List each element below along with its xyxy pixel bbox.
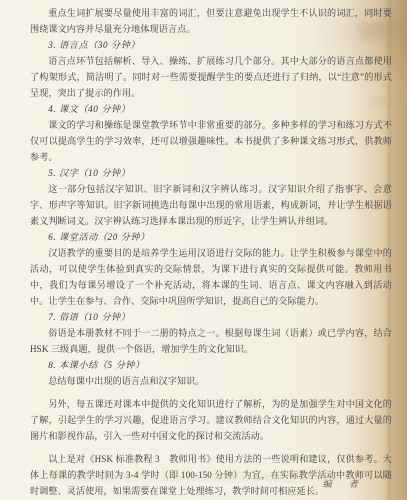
- scanned-book-page: 重点生词扩展要尽量使用丰富的词汇，但要注意避免出现学生不认识的词汇，同时要围绕课…: [0, 0, 407, 500]
- section-heading: 5. 汉字（10 分钟）: [30, 165, 392, 181]
- section-heading: 3. 语言点（30 分钟）: [30, 37, 392, 53]
- author-signature: 编 者: [322, 476, 362, 490]
- paragraph: 总结每课中出现的语言点和汉字知识。: [30, 373, 392, 389]
- paragraph: 课文的学习和操练是课堂教学环节中非常重要的部分。多种多样的学习和练习方式不仅可以…: [30, 117, 392, 165]
- section-heading: 4. 课文（40 分钟）: [30, 101, 392, 117]
- paragraph: 这一部分包括汉字知识、旧字新词和汉字辨认练习。汉字知识介绍了指事字、会意字、形声…: [30, 181, 392, 229]
- paragraph: 汉语教学的重要目的是培养学生运用汉语进行交际的能力。让学生积极参与课堂中的活动，…: [30, 245, 392, 309]
- section-heading: 7. 俗语（10 分钟）: [30, 309, 392, 325]
- section-heading: 8. 本课小结（5 分钟）: [30, 357, 392, 373]
- paragraph: 重点生词扩展要尽量使用丰富的词汇，但要注意避免出现学生不认识的词汇，同时要围绕课…: [30, 5, 392, 37]
- paragraph: 语言点环节包括解析、导入、操练、扩展练习几个部分。其中大部分的语言点都使用了构架…: [30, 53, 392, 101]
- section-heading: 6. 课堂活动（20 分钟）: [30, 229, 392, 245]
- paragraph: 以上是对《HSK 标准教程 3 教师用书》使用方法的一些说明和建议，仅供参考。大…: [30, 451, 392, 499]
- paragraph: 另外，每五课还对课本中提供的文化知识进行了解析，为的是加强学生对中国文化的了解，…: [30, 396, 392, 444]
- page-content: 重点生词扩展要尽量使用丰富的词汇，但要注意避免出现学生不认识的词汇，同时要围绕课…: [30, 5, 392, 499]
- paragraph: 俗语是本册教材不同于一二册的特点之一。根据每课生词（语素）或已学内容，结合 HS…: [30, 325, 392, 357]
